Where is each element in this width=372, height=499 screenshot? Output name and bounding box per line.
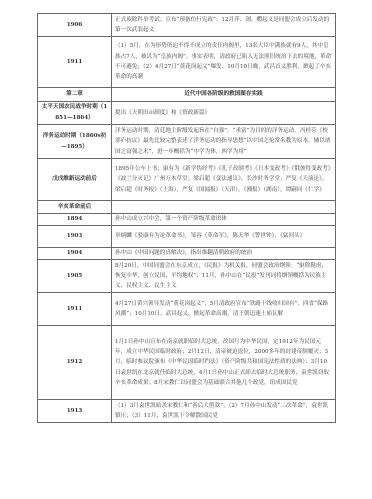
table-row: 戊戌维新运动前后 1895年公车上书；康有为《新学伪经考》《孔子改制考》《日本变… [38, 159, 336, 201]
description-cell: 提出《天朝田亩制度》和《资政新篇》 [112, 102, 336, 125]
year-cell: 1911 [38, 293, 112, 326]
year-cell: 1905 [38, 260, 112, 293]
description-cell: （1）5月，在为形势所迫不得不成立的责任内阁里，13名大臣中满族就有9人，其中皇… [112, 37, 336, 88]
table-row: 1905 8月20日，中国同盟会在东京成立，《民报》为机关报，同盟会政治纲领：“… [38, 260, 336, 293]
description-cell: 1895年公车上书；康有为《新学伪经考》《孔子改制考》《日本变政考》《俄彼得变政… [112, 159, 336, 201]
period-cell: 洋务运动时期（1860s初—1895） [38, 125, 112, 159]
year-cell: 1903 [38, 226, 112, 248]
table-row: 1906 正式废除科举考试；宣布“预备仿行宪政”；12月萍、浏、醴起义是同盟会成… [38, 14, 336, 37]
description-cell: 正式废除科举考试；宣布“预备仿行宪政”；12月萍、浏、醴起义是同盟会成立后发动的… [112, 14, 336, 37]
year-cell: 1911 [38, 37, 112, 88]
table-row: 1913 （1）3月袁世凯暗杀宋教仁和“善后大借款”；（2）7月孙中山发动“二次… [38, 400, 336, 423]
year-cell: 1906 [38, 14, 112, 37]
year-cell: 1913 [38, 400, 112, 423]
period-cell: 太平天国农民战争时期（1851—1864） [38, 102, 112, 125]
section-header-row: 辛亥革命前后 [38, 201, 336, 214]
table-row: 1903 章炳麟《驳康有为论革命书》，邹容《革命军》，陈天华《警世钟》，《猛回头… [38, 226, 336, 248]
table-row: 1894 孙中山成立兴中会，第一个资产阶级革命团体 [38, 214, 336, 226]
section-empty-cell [112, 201, 336, 214]
year-cell: 1904 [38, 248, 112, 260]
description-cell: 孙中山《中国问题的真解决》，指出推翻清朝政府的统治 [112, 248, 336, 260]
description-cell: 洋务运动时期，清廷地主阶级发起旨在“自强”、“求富”为目的的洋务运动。冯桂芬《校… [112, 125, 336, 159]
year-cell: 1912 [38, 326, 112, 400]
description-cell: 1月1日孙中山宣布在南京就职临时大总统，改国号为中华民国，定1912年为民国元年… [112, 326, 336, 400]
description-cell: 4月27日黄兴领导发动“黄花岗起义”；5月清政府宣布“铁路干线收归国有”，四省“… [112, 293, 336, 326]
description-cell: 孙中山成立兴中会，第一个资产阶级革命团体 [112, 214, 336, 226]
chapter-title: 近代中国各阶级的救国图存实践 [112, 88, 336, 102]
table-row: 1911 （1）5月，在为形势所迫不得不成立的责任内阁里，13名大臣中满族就有9… [38, 37, 336, 88]
table-row: 1912 1月1日孙中山宣布在南京就职临时大总统，改国号为中华民国，定1912年… [38, 326, 336, 400]
description-cell: 8月20日，中国同盟会在东京成立，《民报》为机关报，同盟会政治纲领：“驱除鞑虏，… [112, 260, 336, 293]
table-row: 1904 孙中山《中国问题的真解决》，指出推翻清朝政府的统治 [38, 248, 336, 260]
document-page: 1906 正式废除科举考试；宣布“预备仿行宪政”；12月萍、浏、醴起义是同盟会成… [0, 0, 372, 499]
chapter-label: 第二章 [38, 88, 112, 102]
year-cell: 1894 [38, 214, 112, 226]
description-cell: 章炳麟《驳康有为论革命书》，邹容《革命军》，陈天华《警世钟》，《猛回头》 [112, 226, 336, 248]
description-cell: （1）3月袁世凯暗杀宋教仁和“善后大借款”；（2）7月孙中山发动“二次革命”，袁… [112, 400, 336, 423]
table-row: 洋务运动时期（1860s初—1895） 洋务运动时期，清廷地主阶级发起旨在“自强… [38, 125, 336, 159]
table-row: 1911 4月27日黄兴领导发动“黄花岗起义”；5月清政府宣布“铁路干线收归国有… [38, 293, 336, 326]
section-label: 辛亥革命前后 [38, 201, 112, 214]
period-cell: 戊戌维新运动前后 [38, 159, 112, 201]
history-timeline-table: 1906 正式废除科举考试；宣布“预备仿行宪政”；12月萍、浏、醴起义是同盟会成… [37, 13, 336, 423]
chapter-header-row: 第二章 近代中国各阶级的救国图存实践 [38, 88, 336, 102]
table-row: 太平天国农民战争时期（1851—1864） 提出《天朝田亩制度》和《资政新篇》 [38, 102, 336, 125]
